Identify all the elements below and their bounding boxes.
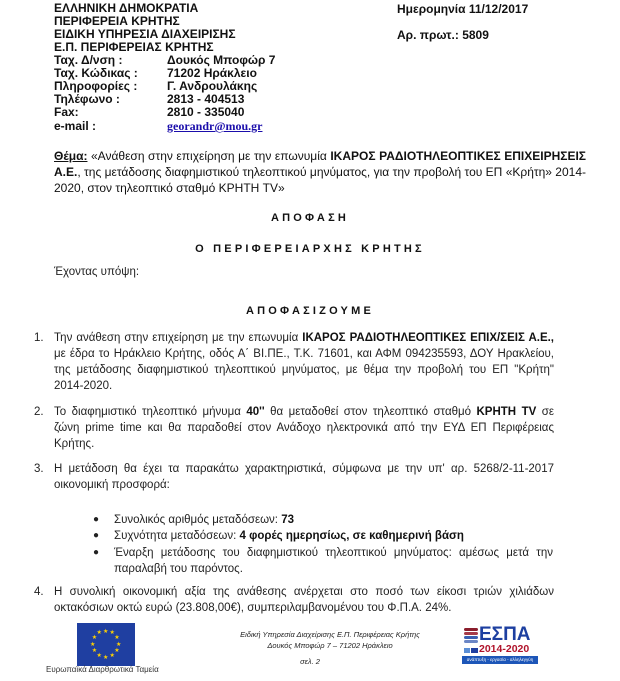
eu-funds-caption: Ευρωπαϊκά Διαρθρωτικά Ταμεία: [46, 665, 159, 674]
bullet-item-1: ● Συνολικός αριθμός μεταδόσεων: 73: [93, 512, 553, 528]
espa-waves-icon: [464, 628, 478, 644]
having-regard-text: Έχοντας υπόψη:: [54, 266, 139, 278]
item-text: με έδρα το Ηράκλειο Κρήτης, οδός Α΄ ΒΙ.Π…: [54, 348, 554, 392]
item-text: Η συνολική οικονομική αξία της ανάθεσης …: [54, 584, 554, 616]
subject-label: Θέμα:: [54, 149, 87, 163]
espa-tagline: ανάπτυξη - εργασία - αλληλεγγύη: [462, 656, 538, 664]
contact-value-email-container: georandr@mou.gr: [167, 120, 262, 133]
footer-line-1: Ειδική Υπηρεσία Διαχείρισης Ε.Π. Περιφέρ…: [210, 629, 450, 640]
regional-governor-heading: Ο ΠΕΡΙΦΕΡΕΙΑΡΧΗΣ ΚΡΗΤΗΣ: [0, 243, 620, 255]
footer-address: Ειδική Υπηρεσία Διαχείρισης Ε.Π. Περιφέρ…: [210, 629, 450, 651]
bullet-text: Συχνότητα μεταδόσεων:: [114, 530, 240, 542]
bullet-text: Συνολικός αριθμός μεταδόσεων:: [114, 514, 281, 526]
item-number: 1.: [34, 330, 44, 346]
eu-star-icon: ★: [103, 629, 108, 635]
bullet-bold-text: 73: [281, 514, 294, 526]
bullet-icon: ●: [93, 512, 99, 528]
email-link[interactable]: georandr@mou.gr: [167, 119, 262, 133]
subject-block: Θέμα: «Ανάθεση στην επιχείρηση με την επ…: [54, 148, 586, 196]
espa-logo: ΕΣΠΑ 2014-2020 ανάπτυξη - εργασία - αλλη…: [462, 626, 542, 670]
contact-label-email: e-mail :: [54, 120, 96, 133]
espa-years: 2014-2020: [479, 643, 529, 655]
eu-star-icon: ★: [116, 642, 121, 648]
contact-label-fax: Fax:: [54, 106, 79, 119]
eu-star-icon: ★: [92, 648, 97, 654]
list-item-4: 4. Η συνολική οικονομική αξία της ανάθεσ…: [34, 584, 554, 616]
bullet-icon: ●: [93, 528, 99, 544]
eu-star-icon: ★: [114, 635, 119, 641]
item-text: Το διαφημιστικό τηλεοπτικό μήνυμα: [54, 406, 246, 418]
bullet-text: Έναρξη μετάδοσης του διαφημιστικού τηλεο…: [114, 545, 553, 577]
list-item-1: 1. Την ανάθεση στην επιχείρηση με την επ…: [34, 330, 554, 394]
item-bold-text: ΚΡΗΤΗ TV: [477, 406, 537, 418]
protocol-number: Αρ. πρωτ.: 5809: [397, 28, 489, 42]
we-decide-heading: ΑΠΟΦΑΣΙΖΟΥΜΕ: [0, 305, 620, 317]
eu-star-icon: ★: [90, 642, 95, 648]
bullet-item-3: ● Έναρξη μετάδοσης του διαφημιστικού τηλ…: [93, 545, 553, 577]
list-item-2: 2. Το διαφημιστικό τηλεοπτικό μήνυμα 40'…: [34, 404, 554, 452]
document-date: Ημερομηνία 11/12/2017: [397, 2, 528, 16]
footer-line-2: Δουκός Μποφώρ 7 – 71202 Ηράκλειο: [210, 640, 450, 651]
bullet-item-2: ● Συχνότητα μεταδόσεων: 4 φορές ημερησίω…: [93, 528, 553, 544]
item-number: 3.: [34, 461, 44, 477]
item-text: θα μεταδοθεί στον τηλεοπτικό σταθμό: [265, 406, 477, 418]
item-number: 4.: [34, 584, 44, 600]
greece-eu-flags-icon: [464, 648, 478, 653]
item-text: Την ανάθεση στην επιχείρηση με την επωνυ…: [54, 332, 302, 344]
eu-star-icon: ★: [114, 648, 119, 654]
contact-value-fax: 2810 - 335040: [167, 106, 244, 119]
item-bold-text: ΙΚΑΡΟΣ ΡΑΔΙΟΤΗΛΕΟΠΤΙΚΕΣ ΕΠΙΧ/ΣΕΙΣ Α.Ε.,: [302, 332, 554, 344]
subject-text-1: «Ανάθεση στην επιχείρηση με την επωνυμία: [87, 149, 330, 163]
bullet-bold-text: 4 φορές ημερησίως, σε καθημερινή βάση: [240, 530, 464, 542]
list-item-3: 3. Η μετάδοση θα έχει τα παρακάτω χαρακτ…: [34, 461, 554, 493]
item-bold-text: 40'': [246, 406, 264, 418]
decision-heading: ΑΠΟΦΑΣΗ: [0, 212, 620, 224]
item-text: Η μετάδοση θα έχει τα παρακάτω χαρακτηρι…: [54, 461, 554, 493]
item-number: 2.: [34, 404, 44, 420]
eu-star-icon: ★: [97, 630, 102, 636]
subject-text-2: , της μετάδοσης διαφημιστικού τηλεοπτικο…: [54, 165, 586, 195]
bullet-icon: ●: [93, 545, 99, 561]
